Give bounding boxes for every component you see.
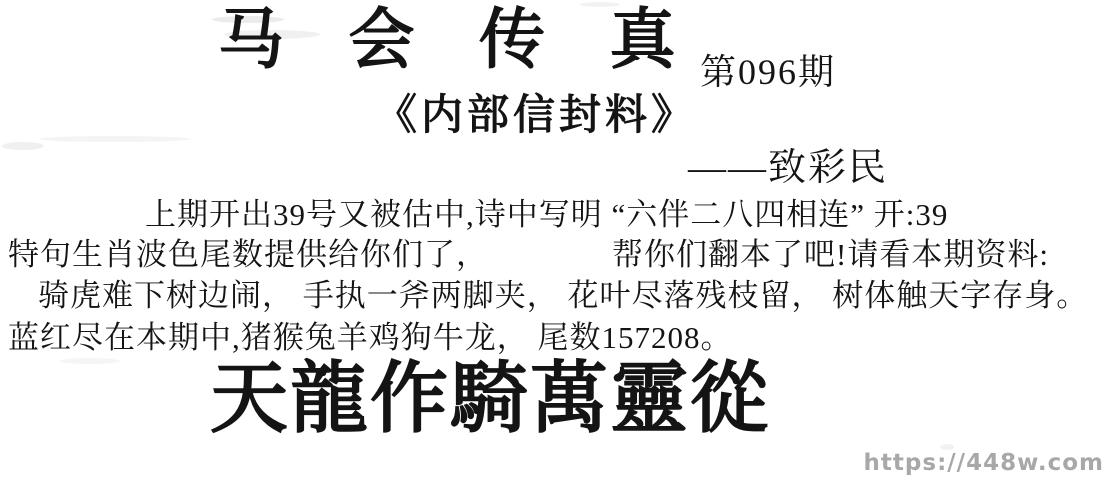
previous-result-line: 上期开出39号又被估中,诗中写明 “六伴二八四相连” 开:39: [145, 189, 948, 234]
page-title: 马 会 传 真: [218, 6, 700, 75]
scan-smudge: [2, 142, 44, 150]
scan-smudge: [60, 358, 120, 364]
intro-line-right: 帮你们翻本了吧!请看本期资料:: [612, 229, 1049, 274]
subtitle: 《内部信封料》: [0, 82, 1072, 142]
watermark-url: https://448w.com: [864, 450, 1104, 476]
tips-line: 蓝红尽在本期中,猪猴兔羊鸡狗牛龙， 尾数157208。: [8, 312, 733, 357]
salutation-line: ——致彩民: [688, 136, 888, 191]
poem-line: 骑虎难下树边闹， 手执一斧两脚夹， 花叶尽落残枝留， 树体触天字存身。: [38, 270, 1088, 315]
fax-sheet: 马 会 传 真 第096期 《内部信封料》 ——致彩民 上期开出39号又被估中,…: [0, 0, 1120, 484]
intro-line-left: 特句生肖波色尾数提供给你们了，: [8, 229, 488, 274]
big-calligraphy-phrase: 天龍作騎萬靈從: [210, 356, 770, 442]
